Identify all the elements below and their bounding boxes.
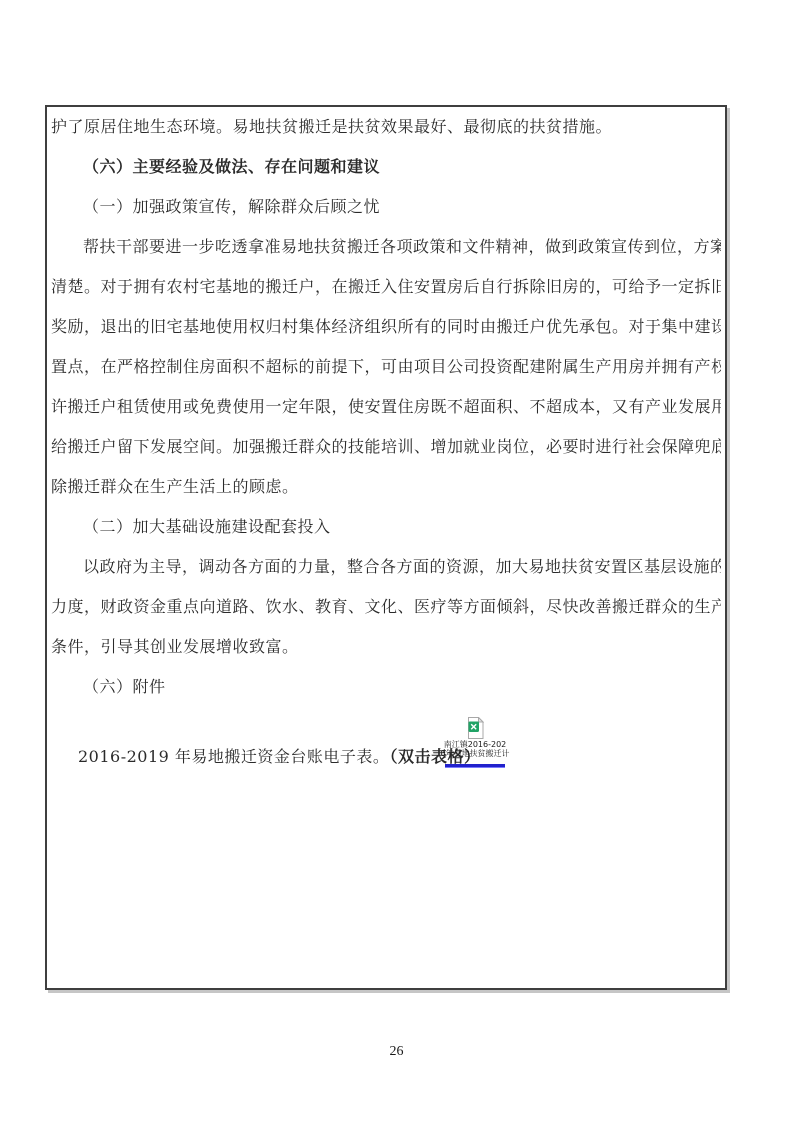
page-number: 26 <box>0 1044 793 1060</box>
paragraph-line: 奖励，退出的旧宅基地使用权归村集体经济组织所有的同时由搬迁户优先承包。对于集中建… <box>51 307 721 347</box>
embedded-excel-object[interactable]: 南江镇2016-202 0年易地扶贫搬迁计 <box>443 717 507 768</box>
file-label-line1: 南江镇2016-202 <box>440 740 509 749</box>
paragraph-line: 以政府为主导，调动各方面的力量，整合各方面的资源，加大易地扶贫安置区基层设施的投… <box>51 547 721 587</box>
paragraph-line: 护了原居住地生态环境。易地扶贫搬迁是扶贫效果最好、最彻底的扶贫措施。 <box>51 107 721 147</box>
paragraph-line: 给搬迁户留下发展空间。加强搬迁群众的技能培训、增加就业岗位，必要时进行社会保障兜… <box>51 427 721 467</box>
file-label-line2: 0年易地扶贫搬迁计 <box>440 749 509 758</box>
paragraph-line: 除搬迁群众在生产生活上的顾虑。 <box>51 467 721 507</box>
embedded-file-label[interactable]: 南江镇2016-202 0年易地扶贫搬迁计 <box>440 740 509 758</box>
content-table-cell: 护了原居住地生态环境。易地扶贫搬迁是扶贫效果最好、最彻底的扶贫措施。 （六）主要… <box>45 105 727 990</box>
hyperlink-underline[interactable] <box>445 764 505 768</box>
excel-file-icon[interactable] <box>466 717 484 739</box>
paragraph-line: 置点，在严格控制住房面积不超标的前提下，可由项目公司投资配建附属生产用房并拥有产… <box>51 347 721 387</box>
section-heading: （六）主要经验及做法、存在问题和建议 <box>51 147 721 187</box>
sub-heading: （一）加强政策宣传，解除群众后顾之忧 <box>51 187 721 227</box>
attachment-heading: （六）附件 <box>51 667 721 707</box>
paragraph-line: 清楚。对于拥有农村宅基地的搬迁户，在搬迁入住安置房后自行拆除旧房的，可给予一定拆… <box>51 267 721 307</box>
paragraph-line: 帮扶干部要进一步吃透拿准易地扶贫搬迁各项政策和文件精神，做到政策宣传到位，方案解… <box>51 227 721 267</box>
attachment-line: 2016-2019 年易地搬迁资金台账电子表。（双击表格） <box>51 746 480 768</box>
document-page: 护了原居住地生态环境。易地扶贫搬迁是扶贫效果最好、最彻底的扶贫措施。 （六）主要… <box>0 0 793 1122</box>
attachment-text: 2016-2019 年易地搬迁资金台账电子表。 <box>78 747 389 766</box>
body-text: 护了原居住地生态环境。易地扶贫搬迁是扶贫效果最好、最彻底的扶贫措施。 （六）主要… <box>51 107 721 707</box>
paragraph-line: 力度，财政资金重点向道路、饮水、教育、文化、医疗等方面倾斜，尽快改善搬迁群众的生… <box>51 587 721 627</box>
paragraph-line: 条件，引导其创业发展增收致富。 <box>51 627 721 667</box>
paragraph-line: 许搬迁户租赁使用或免费使用一定年限，使安置住房既不超面积、不超成本，又有产业发展… <box>51 387 721 427</box>
sub-heading: （二）加大基础设施建设配套投入 <box>51 507 721 547</box>
